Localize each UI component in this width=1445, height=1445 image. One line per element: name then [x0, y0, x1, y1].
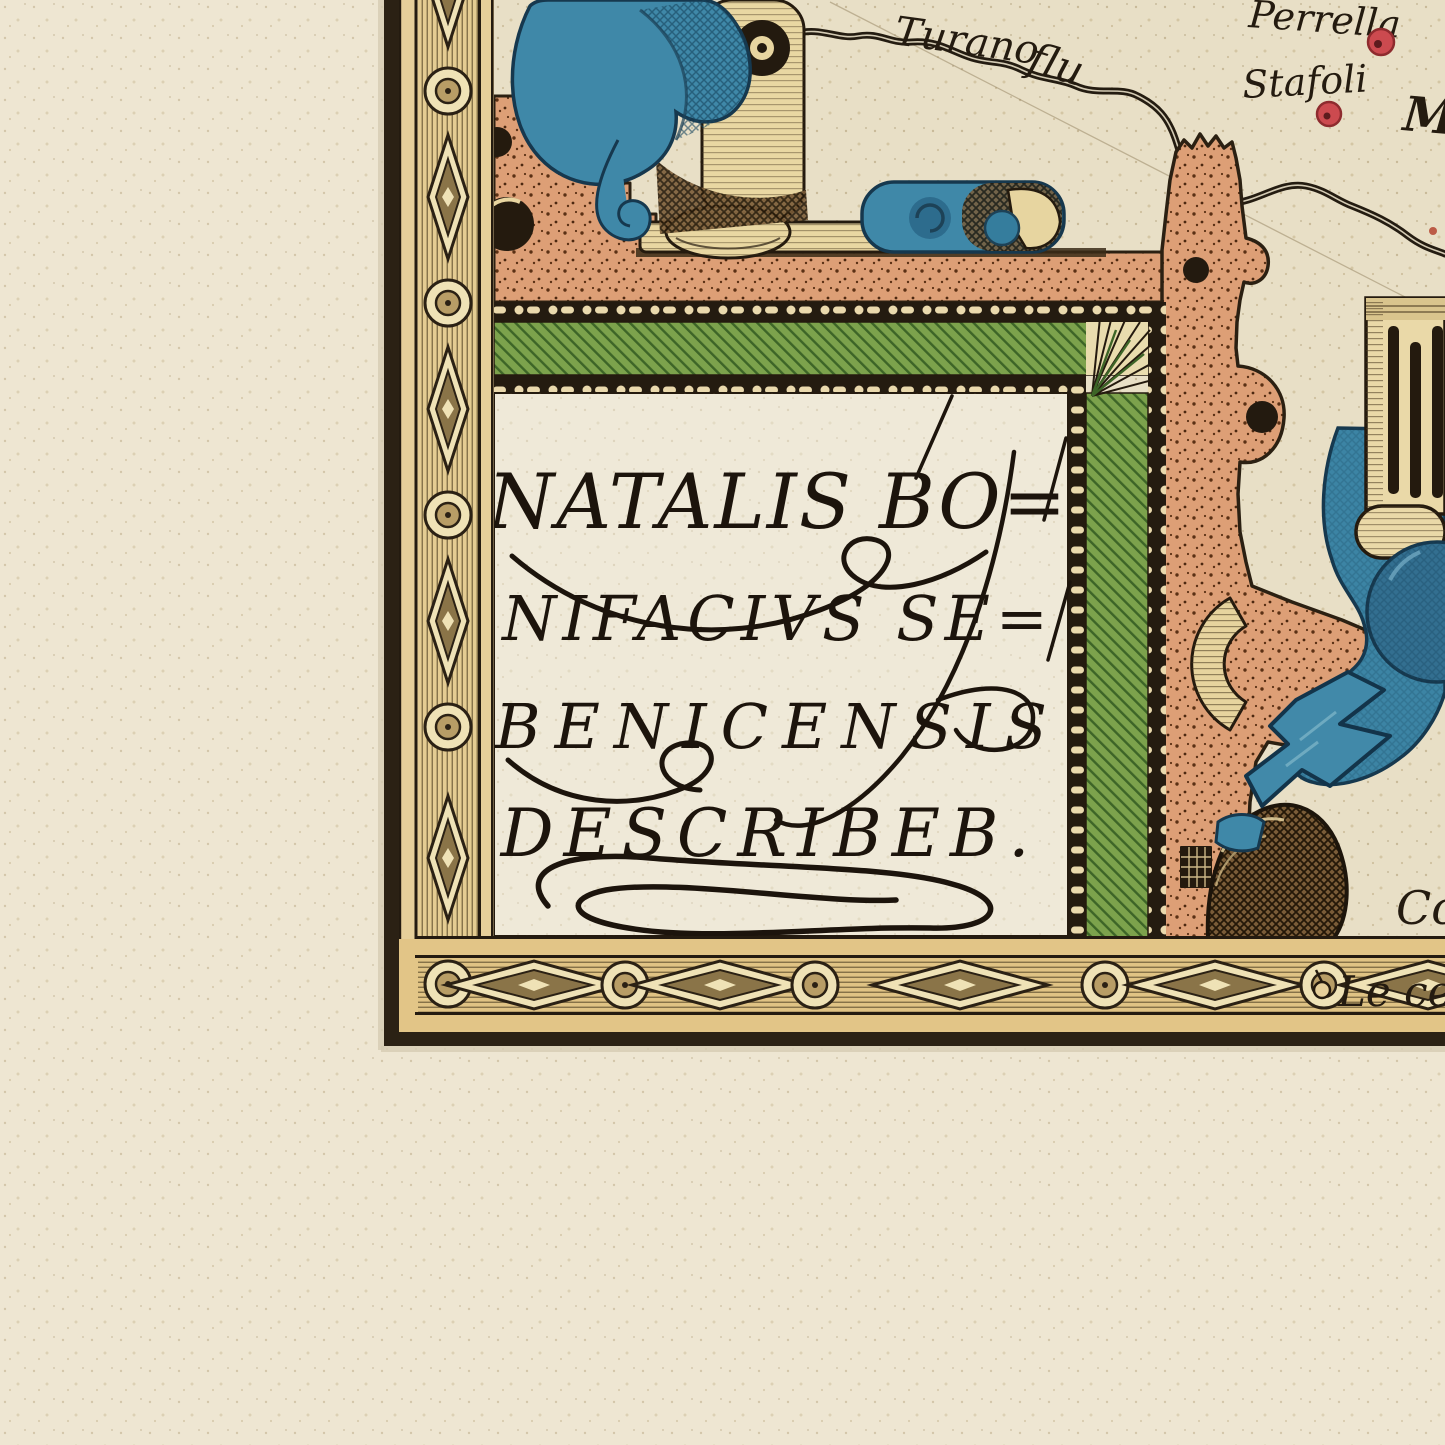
bead-strip-right-outer: [1148, 302, 1166, 938]
antique-map-screenshot: Turano flu Perrella Stafoli M Co: [0, 0, 1445, 1445]
border-motif-circle: [792, 962, 838, 1008]
bead-strip-top-inner: [494, 375, 1086, 393]
border-motif-circle: [1082, 962, 1128, 1008]
fluted-column: [1366, 298, 1445, 514]
border-place-label: Le cel: [1337, 967, 1445, 1016]
cartouche-line-2: NIFACIVS SE=: [500, 582, 1054, 655]
left-border: [399, 0, 494, 1033]
bead-strip-top-outer: [494, 302, 1166, 322]
pillar-knob-icon: [1246, 401, 1278, 433]
plate-edge-shadow-bottom: [381, 1046, 1445, 1052]
green-band-top: [494, 322, 1148, 375]
town-label-partial-m: M: [1399, 86, 1445, 147]
settlement-dot-stafoli: [1317, 102, 1341, 126]
border-motif-circle: [425, 704, 471, 750]
cartouche-line-1: NATALIS BO=: [486, 457, 1069, 546]
border-motif-circle: [425, 280, 471, 326]
blue-wedge: [1216, 815, 1264, 851]
cartouche-line-3: BENICENSIS: [494, 690, 1061, 763]
border-motif-circle: [425, 492, 471, 538]
green-band-right: [1086, 393, 1148, 938]
plate-edge-shadow-left: [378, 0, 384, 1050]
grid-window-icon: [1181, 847, 1211, 887]
bottom-border: Le cel: [399, 936, 1445, 1033]
red-speck: [1429, 227, 1437, 235]
border-motif-circle: [425, 68, 471, 114]
blue-volute: [862, 182, 1064, 252]
map-canvas: Turano flu Perrella Stafoli M Co: [0, 0, 1445, 1445]
cartouche-line-4: DESCRIBEB.: [500, 795, 1040, 872]
settlement-dot-perrella: [1368, 29, 1394, 55]
pillar-knob-icon: [1183, 257, 1209, 283]
town-label-stafoli: Stafoli: [1241, 56, 1368, 106]
bead-strip-right-inner: [1068, 393, 1086, 938]
label-partial-co: Co: [1396, 881, 1445, 935]
map-plate: Turano flu Perrella Stafoli M Co: [384, 0, 1445, 1046]
